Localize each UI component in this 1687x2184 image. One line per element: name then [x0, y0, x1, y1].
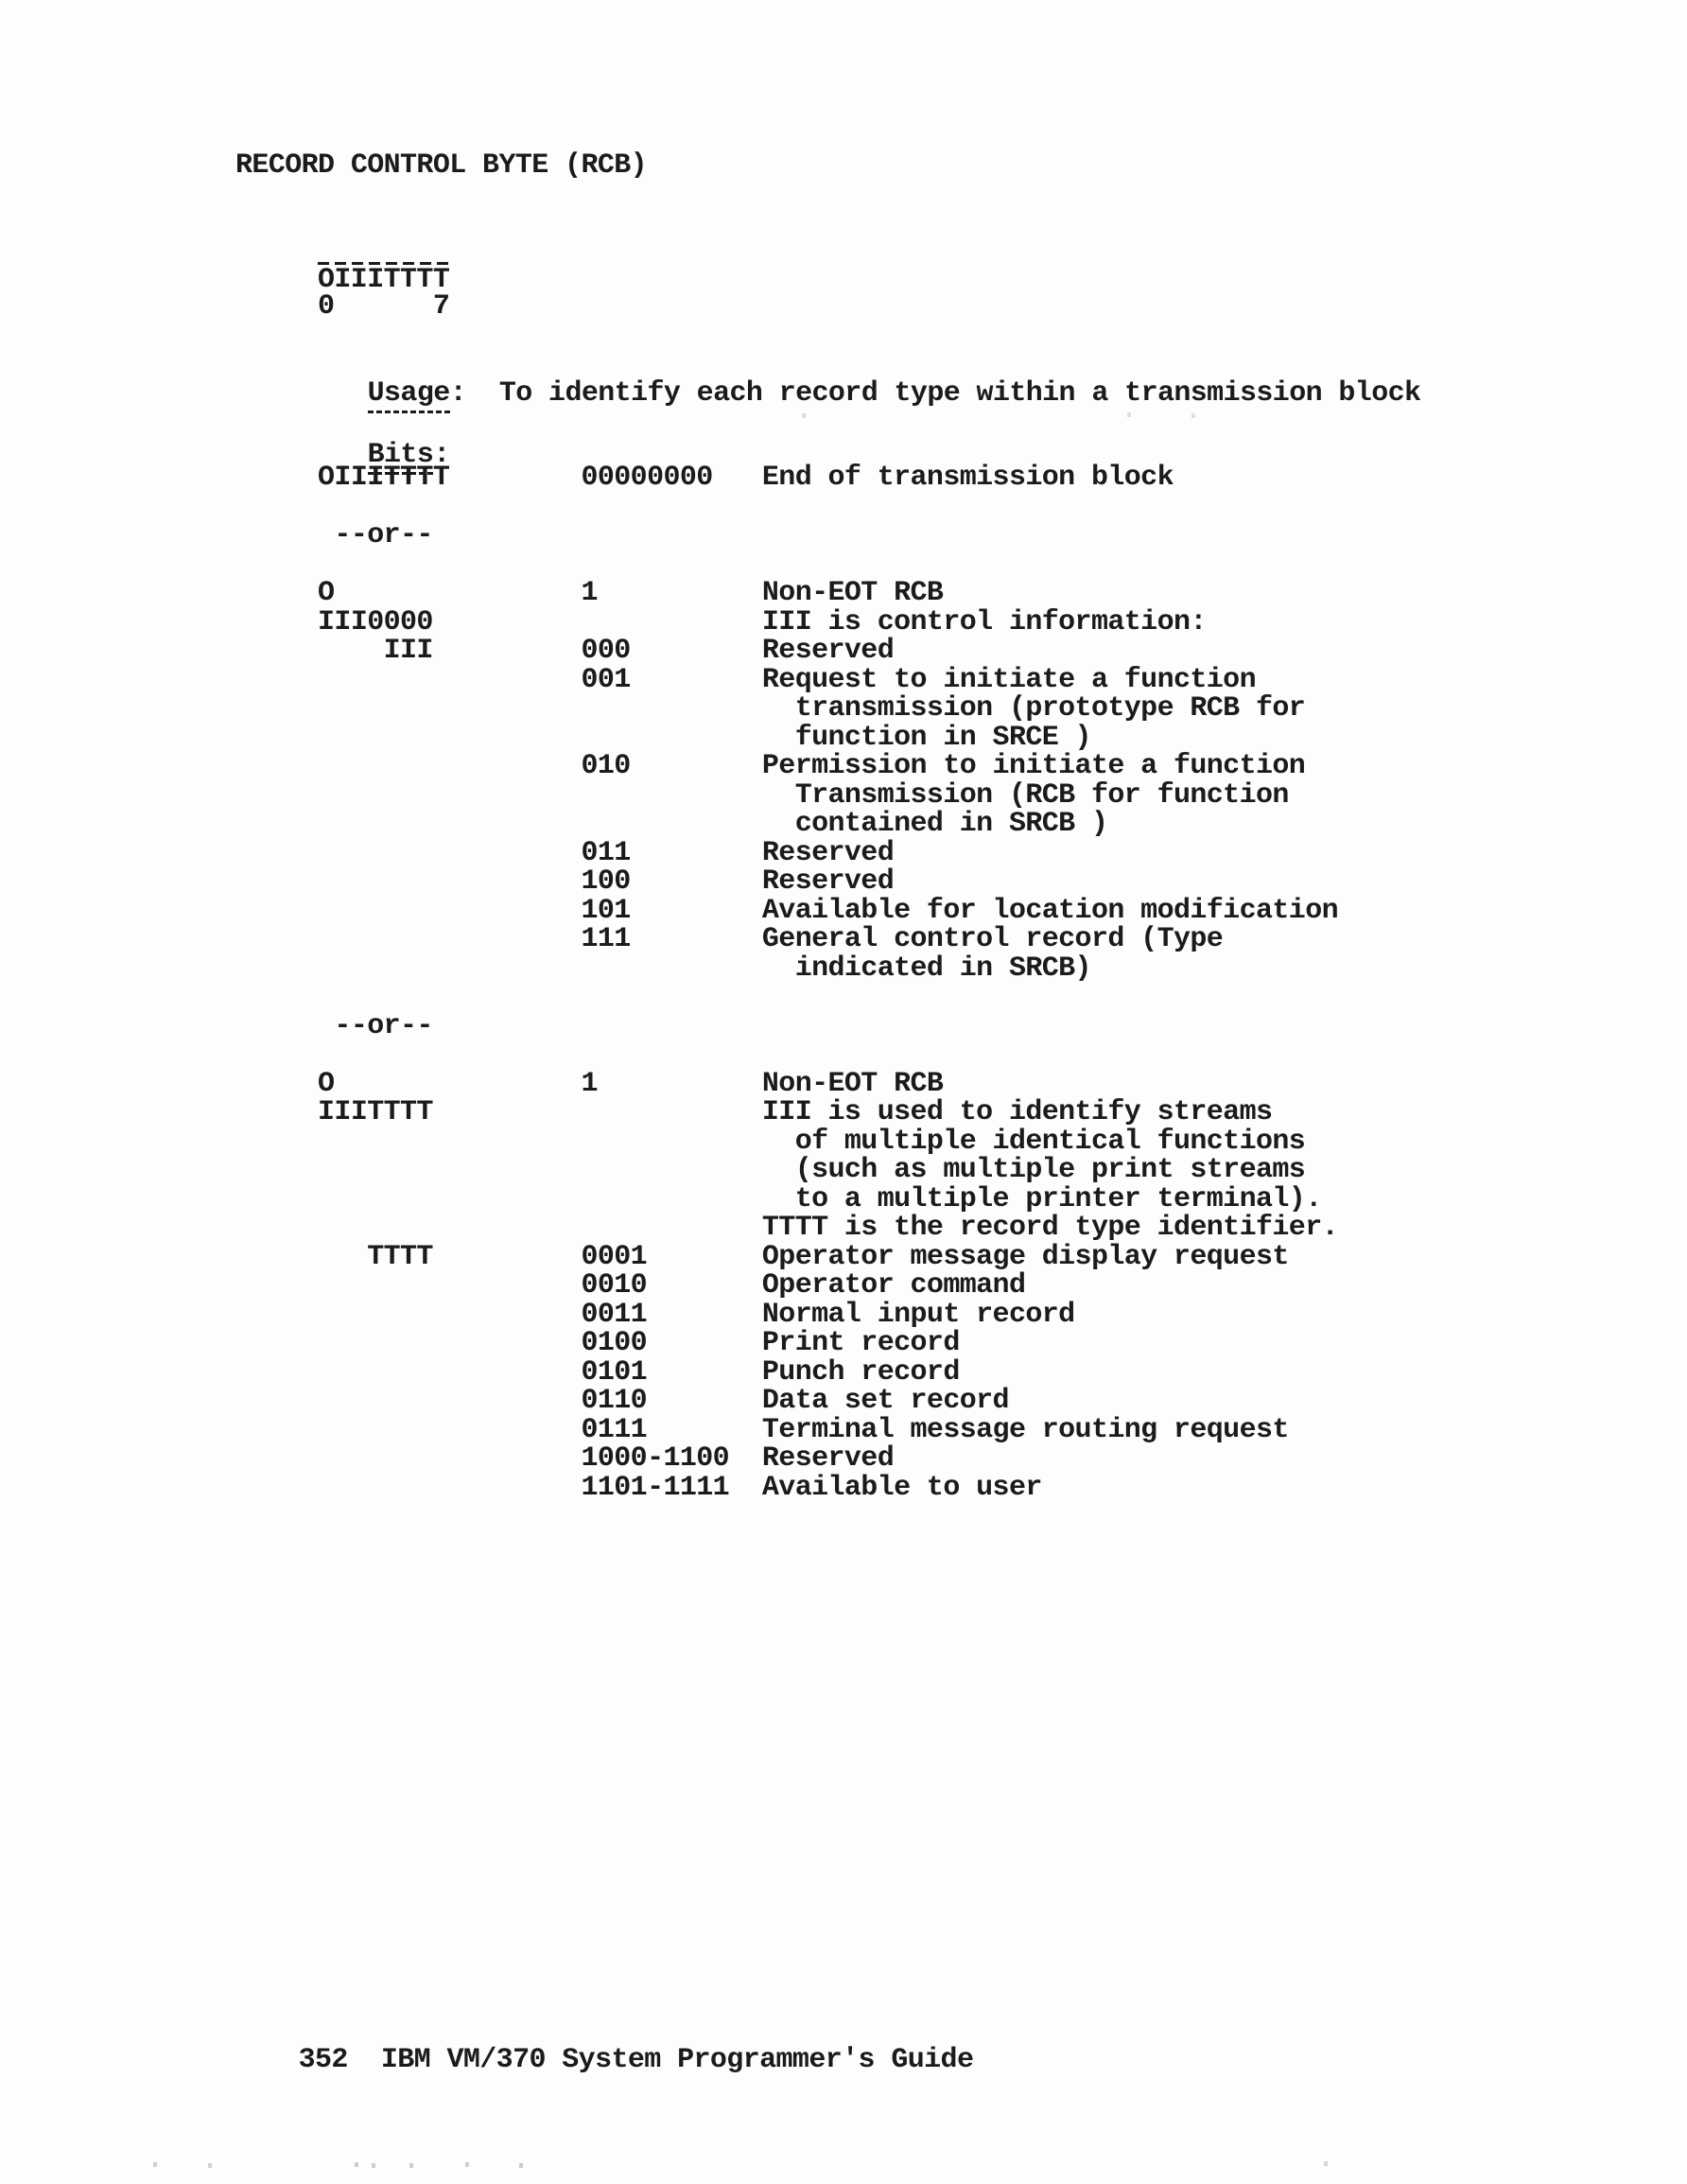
table-line: 111 General control record (Type: [235, 925, 1338, 954]
table-line: 1000-1100 Reserved: [235, 1444, 1338, 1474]
bit-positions: 0 7: [318, 293, 454, 320]
table-line: 0100 Print record: [235, 1329, 1338, 1358]
document-page: RECORD CONTROL BYTE (RCB) OIIITTTT 0 7 U…: [0, 0, 1687, 2184]
page-title: RECORD CONTROL BYTE (RCB): [235, 151, 647, 181]
table-line: [235, 493, 1338, 522]
book-title: IBM VM/370 System Programmer's Guide: [381, 2044, 974, 2076]
table-line: III0000 III is control information:: [235, 608, 1338, 638]
table-line: 0110 Data set record: [235, 1387, 1338, 1416]
table-line: transmission (prototype RCB for: [235, 694, 1338, 724]
table-line: Transmission (RCB for function: [235, 781, 1338, 811]
table-line: of multiple identical functions: [235, 1127, 1338, 1157]
or-separator: --or--: [235, 521, 1338, 550]
scan-noise: [153, 2162, 157, 2167]
table-line: 0011 Normal input record: [235, 1301, 1338, 1330]
table-line: O 1 Non-EOT RCB: [235, 579, 1338, 608]
page-footer: 352IBM VM/370 System Programmer's Guide: [233, 2017, 973, 2104]
table-line: III 000 Reserved: [235, 637, 1338, 666]
table-line: 0101 Punch record: [235, 1358, 1338, 1388]
table-line: function in SRCE ): [235, 724, 1338, 753]
usage-line: Usage: To identify each record type with…: [302, 350, 1420, 437]
usage-label: Usage: [368, 377, 450, 413]
table-line: [235, 1040, 1338, 1070]
table-line: TTTT is the record type identifier.: [235, 1214, 1338, 1243]
page-number: 352: [299, 2044, 348, 2076]
table-line: [235, 983, 1338, 1012]
table-line: to a multiple printer terminal).: [235, 1185, 1338, 1214]
usage-text: : To identify each record type within a …: [450, 377, 1421, 410]
table-line: 100 Reserved: [235, 867, 1338, 897]
scan-noise: [802, 413, 806, 418]
table-line: contained in SRCB ): [235, 810, 1338, 839]
table-line: 011 Reserved: [235, 839, 1338, 868]
table-line: 0010 Operator command: [235, 1271, 1338, 1301]
table-line: indicated in SRCB): [235, 954, 1338, 984]
table-line: TTTT 0001 Operator message display reque…: [235, 1243, 1338, 1272]
bits-table: OIIITTTT 00000000 End of transmission bl…: [235, 463, 1338, 1502]
table-line: (such as multiple print streams: [235, 1156, 1338, 1185]
table-line: [235, 550, 1338, 580]
table-line: IIITTTT III is used to identify streams: [235, 1098, 1338, 1127]
byte-format-diagram: OIIITTTT 0 7: [318, 262, 454, 320]
byte-fields: OIIITTTT: [318, 267, 454, 293]
table-line: 010 Permission to initiate a function: [235, 752, 1338, 781]
table-line: 001 Request to initiate a function: [235, 666, 1338, 695]
table-line: O 1 Non-EOT RCB: [235, 1070, 1338, 1099]
table-line: 101 Available for location modification: [235, 897, 1338, 926]
table-line: 0111 Terminal message routing request: [235, 1416, 1338, 1445]
or-separator: --or--: [235, 1012, 1338, 1041]
table-line: OIIITTTT 00000000 End of transmission bl…: [235, 463, 1338, 493]
table-line: 1101-1111 Available to user: [235, 1474, 1338, 1503]
